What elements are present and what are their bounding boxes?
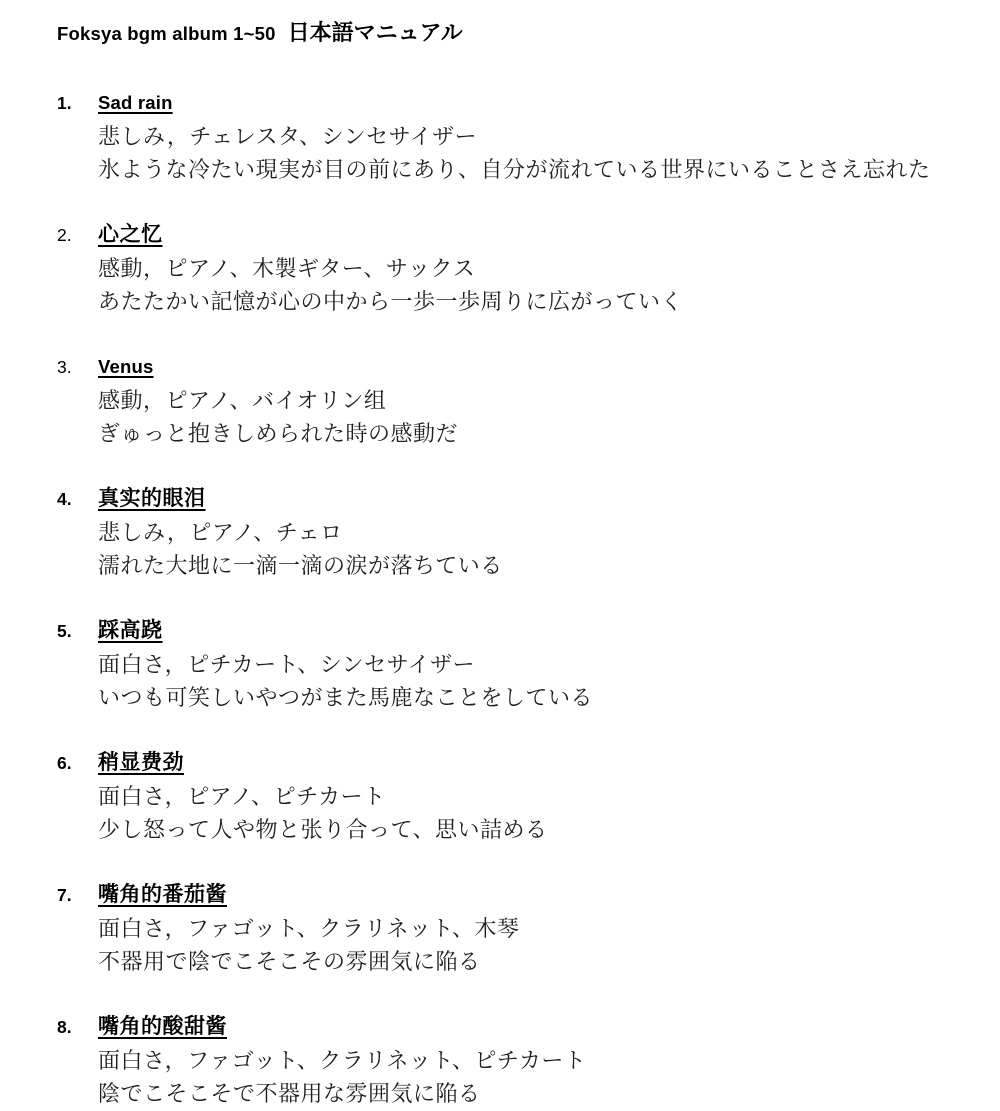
track-description: 濡れた大地に一滴一滴の涙が落ちている — [98, 549, 970, 582]
track-number: 2. — [57, 219, 98, 252]
document-title-cjk: 日本語マニュアル — [288, 20, 463, 45]
track-description: 陰でこそこそで不器用な雰囲気に陥る — [98, 1077, 970, 1110]
track-title: 嘴角的番茄酱 — [98, 878, 227, 911]
document-title: Foksya bgm album 1~50日本語マニュアル — [57, 14, 970, 49]
track-mood-instruments: 面白さ，ファゴット、クラリネット、ピチカート — [98, 1044, 970, 1077]
track-entry: 4. 真实的眼泪 悲しみ，ピアノ、チェロ 濡れた大地に一滴一滴の涙が落ちている — [57, 482, 970, 582]
document-page: Foksya bgm album 1~50日本語マニュアル 1. Sad rai… — [0, 0, 1000, 1111]
track-description: あたたかい記憶が心の中から一歩一歩周りに広がっていく — [98, 285, 970, 318]
track-description: 氷ような冷たい現実が目の前にあり、自分が流れている世界にいることさえ忘れた — [98, 153, 970, 186]
track-title: 心之忆 — [98, 218, 163, 251]
track-title-line: 2. 心之忆 — [57, 218, 970, 252]
track-entry: 8. 嘴角的酸甜酱 面白さ，ファゴット、クラリネット、ピチカート 陰でこそこそで… — [57, 1010, 970, 1110]
track-title: 真实的眼泪 — [98, 482, 206, 515]
track-mood-instruments: 面白さ，ピアノ、ピチカート — [98, 780, 970, 813]
track-entry: 1. Sad rain 悲しみ，チェレスタ、シンセサイザー 氷ような冷たい現実が… — [57, 86, 970, 186]
track-title-line: 4. 真实的眼泪 — [57, 482, 970, 516]
track-description: ぎゅっと抱きしめられた時の感動だ — [98, 417, 970, 450]
track-mood-instruments: 感動，ピアノ、バイオリン组 — [98, 384, 970, 417]
track-description: いつも可笑しいやつがまた馬鹿なことをしている — [98, 681, 970, 714]
track-title-line: 7. 嘴角的番茄酱 — [57, 878, 970, 912]
track-title: 嘴角的酸甜酱 — [98, 1010, 227, 1043]
track-number: 1. — [57, 87, 98, 120]
track-entry: 5. 踩高跷 面白さ，ピチカート、シンセサイザー いつも可笑しいやつがまた馬鹿な… — [57, 614, 970, 714]
track-number: 3. — [57, 351, 98, 384]
track-title: 稍显费劲 — [98, 746, 184, 779]
track-title-line: 3. Venus — [57, 350, 970, 384]
track-entry: 2. 心之忆 感動，ピアノ、木製ギター、サックス あたたかい記憶が心の中から一歩… — [57, 218, 970, 318]
track-title-line: 1. Sad rain — [57, 86, 970, 120]
track-title: 踩高跷 — [98, 614, 163, 647]
track-mood-instruments: 感動，ピアノ、木製ギター、サックス — [98, 252, 970, 285]
track-title-line: 8. 嘴角的酸甜酱 — [57, 1010, 970, 1044]
track-mood-instruments: 面白さ，ピチカート、シンセサイザー — [98, 648, 970, 681]
track-description: 不器用で陰でこそこその雰囲気に陥る — [98, 945, 970, 978]
track-number: 5. — [57, 615, 98, 648]
track-description: 少し怒って人や物と张り合って、思い詰める — [98, 813, 970, 846]
track-title-line: 5. 踩高跷 — [57, 614, 970, 648]
document-title-latin: Foksya bgm album 1~50 — [57, 23, 276, 44]
track-entry: 6. 稍显费劲 面白さ，ピアノ、ピチカート 少し怒って人や物と张り合って、思い詰… — [57, 746, 970, 846]
track-mood-instruments: 悲しみ，ピアノ、チェロ — [98, 516, 970, 549]
track-title: Sad rain — [98, 86, 173, 119]
track-mood-instruments: 面白さ，ファゴット、クラリネット、木琴 — [98, 912, 970, 945]
track-title-line: 6. 稍显费劲 — [57, 746, 970, 780]
track-number: 6. — [57, 747, 98, 780]
track-number: 4. — [57, 483, 98, 516]
track-title: Venus — [98, 350, 154, 383]
track-entry: 3. Venus 感動，ピアノ、バイオリン组 ぎゅっと抱きしめられた時の感動だ — [57, 350, 970, 450]
track-mood-instruments: 悲しみ，チェレスタ、シンセサイザー — [98, 120, 970, 153]
track-number: 7. — [57, 879, 98, 912]
track-entry: 7. 嘴角的番茄酱 面白さ，ファゴット、クラリネット、木琴 不器用で陰でこそこそ… — [57, 878, 970, 978]
track-number: 8. — [57, 1011, 98, 1044]
track-list: 1. Sad rain 悲しみ，チェレスタ、シンセサイザー 氷ような冷たい現実が… — [57, 86, 970, 1110]
